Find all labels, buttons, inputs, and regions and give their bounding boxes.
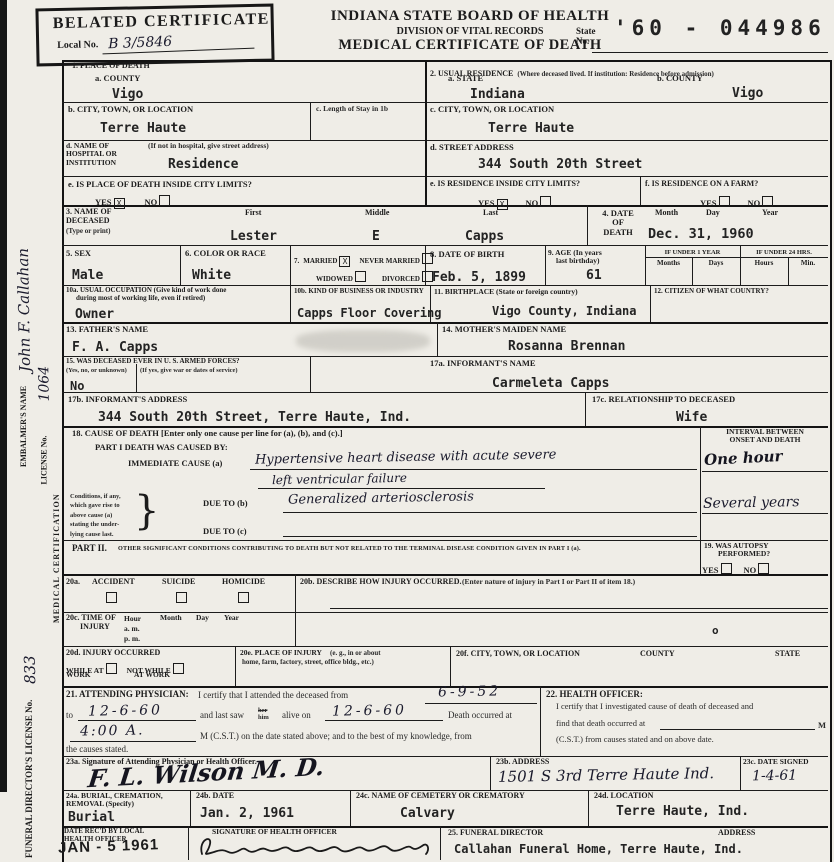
state-no-label-line1: State xyxy=(576,26,596,36)
field-20e-label: 20e. PLACE OF INJURY xyxy=(240,649,322,657)
field-15-note2: (If yes, give war or dates of service) xyxy=(140,367,238,374)
fd-license-value: 833 xyxy=(21,655,39,684)
field-2f-label: f. IS RESIDENCE ON A FARM? xyxy=(645,180,758,189)
line xyxy=(283,512,697,513)
no-label: NO xyxy=(145,197,158,207)
line xyxy=(258,488,545,489)
funeral-director-license-margin: FUNERAL DIRECTOR'S LICENSE No. 833 xyxy=(20,530,40,858)
hour-label: Hour xyxy=(124,614,141,623)
field-1e-label: e. IS PLACE OF DEATH INSIDE CITY LIMITS? xyxy=(68,180,252,189)
checkbox-autopsy-no xyxy=(758,563,769,574)
field-3-first-value: Lester xyxy=(230,229,277,244)
field-2d-value: 344 South 20th Street xyxy=(478,157,642,172)
line xyxy=(702,513,828,514)
hour-header: Hour a. m. p. m. xyxy=(124,614,141,643)
field-20e-note1: (e. g., in or about xyxy=(330,650,381,658)
field-13-value: F. A. Capps xyxy=(72,340,158,355)
checkbox-homicide xyxy=(238,592,249,603)
line xyxy=(310,356,311,392)
field-24b-value: Jan. 2, 1961 xyxy=(200,806,294,821)
pm-label: p. m. xyxy=(124,634,140,643)
field-21-from-value: 6-9-52 xyxy=(438,683,501,700)
field-9-label-line2: last birthday) xyxy=(556,256,600,265)
conditions-note-line5: lying cause last. xyxy=(70,531,114,538)
line xyxy=(700,426,701,574)
line xyxy=(136,364,137,392)
field-24d-label: 24d. LOCATION xyxy=(594,792,653,801)
death-certificate-scan: INDIANA STATE BOARD OF HEALTH DIVISION O… xyxy=(0,0,834,862)
her-option: her xyxy=(258,707,269,714)
conditions-note-line4: stating the under- xyxy=(70,521,119,528)
stamp-local-label: Local No. xyxy=(57,39,98,51)
line xyxy=(425,60,427,205)
field-3-middle-value: E xyxy=(372,229,380,244)
field-1d-label-line3: INSTITUTION xyxy=(66,158,116,167)
field-14-label: 14. MOTHER'S MAIDEN NAME xyxy=(442,325,566,334)
header-division: DIVISION OF VITAL RECORDS xyxy=(285,26,655,37)
yes-label: YES xyxy=(478,198,495,208)
field-17c-label: 17c. RELATIONSHIP TO DECEASED xyxy=(592,395,735,404)
field-2e-label: e. IS RESIDENCE INSIDE CITY LIMITS? xyxy=(430,180,580,189)
line xyxy=(330,608,828,609)
stray-mark: o xyxy=(712,624,719,637)
field-3-label-line1: 3. NAME OF xyxy=(66,207,112,216)
field-20a-num: 20a. xyxy=(66,578,80,587)
cause-a-line2: left ventricular failure xyxy=(272,471,407,487)
checkbox-2f-no xyxy=(762,196,773,207)
field-3-label-line2: DECEASED xyxy=(66,216,110,225)
field-24d-value: Terre Haute, Ind. xyxy=(616,804,749,819)
field-20c-label: 20c. TIME OF INJURY xyxy=(66,614,116,632)
field-10b-label: 10b. KIND OF BUSINESS OR INDUSTRY xyxy=(294,288,424,296)
day-header: Day xyxy=(196,614,209,622)
part1-label: PART I DEATH WAS CAUSED BY: xyxy=(95,443,228,452)
line xyxy=(180,245,181,285)
ink-smudge xyxy=(296,330,430,352)
line xyxy=(70,741,196,742)
field-17c-value: Wife xyxy=(676,410,707,425)
line xyxy=(250,469,697,470)
field-22-text3: (C.S.T.) from causes stated and on above… xyxy=(556,735,714,744)
field-13-label: 13. FATHER'S NAME xyxy=(66,325,148,334)
part2-label: PART II. xyxy=(72,544,107,554)
field-12-label: 12. CITIZEN OF WHAT COUNTRY? xyxy=(654,288,769,296)
part2-text: OTHER SIGNIFICANT CONDITIONS CONTRIBUTIN… xyxy=(118,546,581,553)
header-board: INDIANA STATE BOARD OF HEALTH xyxy=(285,8,655,25)
field-21-alive-value: 12-6-60 xyxy=(332,702,407,719)
field-20f-label: 20f. CITY, TOWN, OR LOCATION xyxy=(456,650,580,659)
field-7-widowed-label: WIDOWED xyxy=(316,275,353,283)
field-4-label-line3: DEATH xyxy=(603,227,633,237)
field-21-text6: the causes stated. xyxy=(66,745,128,755)
field-3-note: (Type or print) xyxy=(66,228,110,236)
interval-b-value: Several years xyxy=(703,494,800,512)
her-him-choice: her him xyxy=(258,707,269,721)
field-20b-label: 20b. DESCRIBE HOW INJURY OCCURRED. xyxy=(300,578,462,587)
no-label: NO xyxy=(744,565,757,575)
line xyxy=(290,285,291,322)
line xyxy=(62,102,828,103)
field-2a-value: Indiana xyxy=(470,87,525,102)
field-23b-label: 23b. ADDRESS xyxy=(496,758,549,767)
license-no-value: 1064 xyxy=(36,366,53,402)
field-1a-value: Vigo xyxy=(112,87,143,102)
field-17a-value: Carmeleta Capps xyxy=(492,376,609,391)
license-no-label: LICENSE No. xyxy=(40,436,49,485)
field-2b-label: b. COUNTY xyxy=(657,74,703,83)
field-17b-label: 17b. INFORMANT'S ADDRESS xyxy=(68,395,187,404)
field-1d-label: d. NAME OF HOSPITAL OR INSTITUTION xyxy=(66,142,117,167)
field-2c-value: Terre Haute xyxy=(488,121,574,136)
state-no-label-line2: No. xyxy=(576,36,589,46)
field-3-label: 3. NAME OF DECEASED xyxy=(66,208,112,226)
yes-label: YES xyxy=(702,565,719,575)
embalmer-name-label: EMBALMER'S NAME xyxy=(20,386,29,467)
line xyxy=(235,646,236,686)
field-21-to-value: 12-6-60 xyxy=(88,702,163,719)
field-7-num: 7. xyxy=(294,257,299,265)
line xyxy=(640,176,641,205)
field-20b-note: (Enter nature of injury in Part I or Par… xyxy=(462,578,635,586)
field-22-m: M xyxy=(818,721,826,730)
line xyxy=(592,52,828,53)
field-3-last-value: Capps xyxy=(465,229,504,244)
line xyxy=(702,471,828,472)
line xyxy=(587,205,588,245)
line xyxy=(62,646,828,647)
field-21-label: 21. ATTENDING PHYSICIAN: xyxy=(66,690,189,700)
stamp-title: BELATED CERTIFICATE xyxy=(53,11,271,33)
under-1-year-header: IF UNDER 1 YEAR xyxy=(645,249,740,256)
field-21-text1: I certify that I attended the deceased f… xyxy=(198,691,348,701)
field-23c-value: 1-4-61 xyxy=(752,768,797,785)
state-header: STATE xyxy=(775,650,800,659)
field-7-row2: WIDOWED DIVORCED xyxy=(316,268,435,286)
field-21-text5: M (C.S.T.) on the date stated above; and… xyxy=(200,732,472,742)
field-1c-label: c. Length of Stay in 1b xyxy=(316,105,388,113)
field-17a-label: 17a. INFORMANT'S NAME xyxy=(430,359,536,368)
line xyxy=(545,245,546,285)
days-header: Days xyxy=(692,260,740,268)
line xyxy=(740,756,741,790)
field-2a-label: a. STATE xyxy=(448,74,483,83)
field-1-title: 1. PLACE OF DEATH xyxy=(72,62,150,71)
field-19-answer: YES NO xyxy=(702,560,771,578)
checkbox-accident xyxy=(106,592,117,603)
yes-label: YES xyxy=(95,197,112,207)
field-10b-value: Capps Floor Covering xyxy=(297,306,442,320)
checkbox-widowed xyxy=(355,271,366,282)
field-15-note1: (Yes, no, or unknown) xyxy=(66,367,127,374)
field-23c-label: 23c. DATE SIGNED xyxy=(743,758,809,766)
field-20e-note2: home, farm, factory, street, office bldg… xyxy=(242,659,374,667)
line xyxy=(188,826,189,860)
field-8-value: Feb. 5, 1899 xyxy=(432,270,526,285)
checkbox-while-at-work xyxy=(106,663,117,674)
yes-label: YES xyxy=(700,198,717,208)
field-6-value: White xyxy=(192,268,231,283)
field-2c-label: c. CITY, TOWN, OR LOCATION xyxy=(430,105,554,114)
field-21-text2: and last saw xyxy=(200,711,244,721)
line xyxy=(62,245,828,246)
line xyxy=(310,102,311,140)
brace: } xyxy=(134,488,159,534)
field-8-label: 8. DATE OF BIRTH xyxy=(430,250,504,259)
field-21-text3: alive on xyxy=(282,711,311,721)
no-label: NO xyxy=(748,198,761,208)
line xyxy=(425,703,537,704)
due-to-c-label: DUE TO (c) xyxy=(203,527,247,536)
field-24a-label-line2: REMOVAL (Specify) xyxy=(66,799,134,808)
health-officer-signature-scribble xyxy=(196,830,436,860)
line xyxy=(295,574,296,646)
not-while-label2: AT WORK xyxy=(134,671,170,679)
field-3-first-header: First xyxy=(245,209,261,218)
line xyxy=(350,790,351,826)
field-3-middle-header: Middle xyxy=(365,209,389,218)
line xyxy=(437,322,438,356)
interval-header: INTERVAL BETWEEN ONSET AND DEATH xyxy=(702,428,828,445)
field-4-year-header: Year xyxy=(762,209,778,218)
field-11-label: 11. BIRTHPLACE (State or foreign country… xyxy=(434,288,578,296)
field-5-label: 5. SEX xyxy=(66,249,91,258)
scan-edge xyxy=(0,0,7,792)
hours-header: Hours xyxy=(740,260,788,268)
field-10a-label-line2: during most of working life, even if ret… xyxy=(76,294,205,302)
field-9-label: 9. AGE (In years last birthday) xyxy=(548,249,602,266)
field-1b-value: Terre Haute xyxy=(100,121,186,136)
field-15-label: 15. WAS DECEASED EVER IN U. S. ARMED FOR… xyxy=(66,358,240,366)
checkbox-1e-no xyxy=(159,195,170,206)
field-7-never-married-label: NEVER MARRIED xyxy=(359,257,419,265)
line xyxy=(585,392,586,426)
line xyxy=(645,257,828,258)
line xyxy=(325,720,443,721)
checkbox-autopsy-yes xyxy=(721,563,732,574)
homicide-label: HOMICIDE xyxy=(222,578,265,587)
line xyxy=(62,826,828,828)
field-24b-label: 24b. DATE xyxy=(196,792,234,801)
field-4-day-header: Day xyxy=(706,209,720,218)
date-received-stamp: JAN - 5 1961 xyxy=(58,836,160,857)
field-9-value: 61 xyxy=(586,268,602,283)
field-20d-label: 20d. INJURY OCCURRED xyxy=(66,649,160,658)
suicide-label: SUICIDE xyxy=(162,578,195,587)
medical-certification-label: MEDICAL CERTIFICATION xyxy=(53,493,62,623)
field-21-time-value: 4:00 A. xyxy=(80,722,145,739)
field-4-label: 4. DATE OF DEATH xyxy=(596,209,640,237)
field-1b-label: b. CITY, TOWN, OR LOCATION xyxy=(68,105,193,114)
interval-header-line2: ONSET AND DEATH xyxy=(730,435,801,444)
checkbox-2e-no xyxy=(540,196,551,207)
field-24a-value: Burial xyxy=(68,810,115,825)
due-to-b-label: DUE TO (b) xyxy=(203,499,248,508)
immediate-cause-label: IMMEDIATE CAUSE (a) xyxy=(128,459,222,468)
field-22-text2: find that death occurred at xyxy=(556,719,645,728)
line xyxy=(62,176,828,177)
checkbox-not-while-at-work xyxy=(173,663,184,674)
field-11-value: Vigo County, Indiana xyxy=(492,304,637,318)
field-10a-label-line1: 10a. USUAL OCCUPATION (Give kind of work… xyxy=(66,286,226,294)
embalmer-name-value: John F. Callahan xyxy=(14,248,34,372)
fd-license-label: FUNERAL DIRECTOR'S LICENSE No. xyxy=(25,700,35,858)
under-24-hrs-header: IF UNDER 24 HRS. xyxy=(740,249,828,256)
him-option: him xyxy=(258,714,269,721)
line xyxy=(283,536,697,537)
field-10a-value: Owner xyxy=(75,307,114,322)
line xyxy=(660,729,815,730)
field-7-married-label: MARRIED xyxy=(303,257,337,265)
checkbox-1e-yes: X xyxy=(114,198,125,209)
field-1d-value: Residence xyxy=(168,157,238,172)
month-header: Month xyxy=(160,614,182,622)
field-18-label: 18. CAUSE OF DEATH [Enter only one cause… xyxy=(72,429,343,438)
field-24a-label: 24a. BURIAL, CREMATION, REMOVAL (Specify… xyxy=(66,792,163,809)
field-1d-note: (If not in hospital, give street address… xyxy=(148,142,269,150)
no-label: NO xyxy=(526,198,539,208)
conditions-note-line3: above cause (a) xyxy=(70,512,112,519)
field-3-last-header: Last xyxy=(483,209,498,218)
field-19-label: 19. WAS AUTOPSY PERFORMED? xyxy=(704,542,770,559)
am-label: a. m. xyxy=(124,624,140,633)
field-4-value: Dec. 31, 1960 xyxy=(648,226,754,242)
field-22-label: 22. HEALTH OFFICER: xyxy=(546,690,643,700)
line xyxy=(588,790,589,826)
min-header: Min. xyxy=(788,260,828,268)
field-4-month-header: Month xyxy=(655,209,678,218)
belated-certificate-stamp: BELATED CERTIFICATE Local No. B 3/5846 xyxy=(35,4,274,67)
field-7-divorced-label: DIVORCED xyxy=(382,275,420,283)
line xyxy=(78,720,196,721)
checkbox-2f-yes xyxy=(719,196,730,207)
while-at-work-label2: WORK xyxy=(66,671,91,679)
line xyxy=(290,245,291,285)
field-17b-value: 344 South 20th Street, Terre Haute, Ind. xyxy=(98,410,411,425)
state-no-label: State No. xyxy=(576,27,596,47)
months-header: Months xyxy=(645,260,692,268)
line xyxy=(62,392,828,393)
line xyxy=(540,686,541,756)
field-21-text4: Death occurred at xyxy=(448,711,512,721)
checkbox-suicide xyxy=(176,592,187,603)
checkbox-2e-yes: X xyxy=(497,199,508,210)
field-25-label: 25. FUNERAL DIRECTOR xyxy=(448,829,543,838)
stamp-local-value: B 3/5846 xyxy=(102,30,255,54)
field-1a-label: a. COUNTY xyxy=(95,74,140,83)
field-25-value: Callahan Funeral Home, Terre Haute, Ind. xyxy=(454,842,743,856)
conditions-note-line2: which gave rise to xyxy=(70,502,120,509)
field-23b-value: 1501 S 3rd Terre Haute Ind. xyxy=(498,764,714,786)
field-6-label: 6. COLOR OR RACE xyxy=(185,249,266,258)
field-24c-value: Calvary xyxy=(400,806,455,821)
county-header: COUNTY xyxy=(640,650,675,659)
field-19-label-line2: PERFORMED? xyxy=(718,549,770,558)
field-5-value: Male xyxy=(72,268,103,283)
field-2d-label: d. STREET ADDRESS xyxy=(430,143,514,152)
conditions-note: Conditions, if any, which gave rise to a… xyxy=(70,492,121,539)
field-15-value: No xyxy=(70,379,84,393)
line xyxy=(450,646,451,686)
field-22-text1: I certify that I investigated cause of d… xyxy=(556,702,753,711)
line xyxy=(490,756,491,790)
field-7-row1: 7. MARRIEDX NEVER MARRIED xyxy=(294,250,435,268)
line xyxy=(440,826,441,860)
checkbox-married: X xyxy=(339,256,350,267)
year-header: Year xyxy=(224,614,239,622)
embalmer-margin: EMBALMER'S NAME John F. Callahan xyxy=(14,127,34,467)
field-24c-label: 24c. NAME OF CEMETERY OR CREMATORY xyxy=(356,792,525,801)
conditions-note-line1: Conditions, if any, xyxy=(70,493,121,500)
field-14-value: Rosanna Brennan xyxy=(508,339,625,354)
field-25-address-header: ADDRESS xyxy=(718,829,755,838)
state-no-value: '60 - 044986 xyxy=(614,16,826,40)
field-20c-label-line1: 20c. TIME OF xyxy=(66,613,116,622)
field-2b-value: Vigo xyxy=(732,86,763,101)
field-20c-label-line2: INJURY xyxy=(80,622,110,631)
accident-label: ACCIDENT xyxy=(92,578,135,587)
line xyxy=(650,285,651,322)
line xyxy=(190,790,191,826)
field-10a-label: 10a. USUAL OCCUPATION (Give kind of work… xyxy=(66,287,226,302)
field-21-to-word: to xyxy=(66,711,73,721)
